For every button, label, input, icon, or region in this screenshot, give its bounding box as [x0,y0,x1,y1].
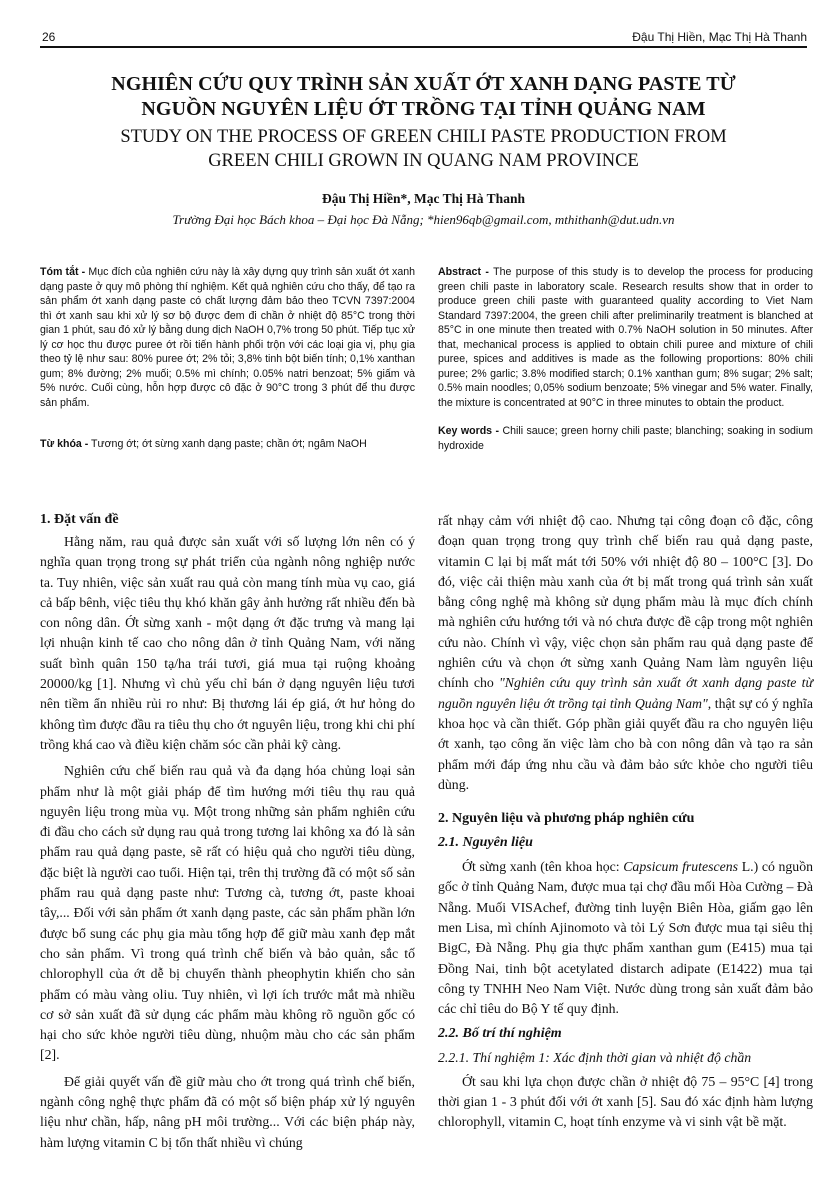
section-2-heading: 2. Nguyên liệu và phương pháp nghiên cứu [438,809,813,829]
paragraph-text: L.) có nguồn gốc ở tỉnh Quảng Nam, được … [438,859,813,1016]
paragraph: Ớt sau khi lựa chọn được chần ở nhiệt độ… [438,1072,813,1133]
paragraph-text: Ớt sừng xanh (tên khoa học: [462,859,623,874]
abstract-en-label: Abstract - [438,266,489,278]
abstract-vn-body: Tóm tắt - Mục đích của nghiên cứu này là… [40,265,415,410]
subsection-2-1-heading: 2.1. Nguyên liệu [438,833,813,853]
keywords-vn-text: Tương ớt; ớt sừng xanh dạng paste; chần … [88,438,367,450]
abstract-vn-text: Mục đích của nghiên cứu này là xây dựng … [40,266,415,409]
body-column-left: 1. Đặt vấn đề Hằng năm, rau quả được sản… [40,510,415,1153]
paragraph: Hằng năm, rau quả được sản xuất với số l… [40,532,415,755]
author-names: Đậu Thị Hiền*, Mạc Thị Hà Thanh [40,190,807,208]
paper-page: 26 Đậu Thị Hiền, Mạc Thị Hà Thanh NGHIÊN… [0,0,839,1186]
byline: Đậu Thị Hiền*, Mạc Thị Hà Thanh Trường Đ… [40,190,807,229]
species-name: Capsicum frutescens [623,859,738,874]
abstract-en-body: Abstract - The purpose of this study is … [438,265,813,410]
page-number: 26 [42,30,55,44]
running-header-authors: Đậu Thị Hiền, Mạc Thị Hà Thanh [632,30,807,44]
abstract-en-text: The purpose of this study is to develop … [438,266,813,409]
title-english-line-2: GREEN CHILI GROWN IN QUANG NAM PROVINCE [40,149,807,173]
paragraph: Nghiên cứu chế biến rau quả và đa dạng h… [40,761,415,1065]
paragraph: Để giải quyết vấn đề giữ màu cho ớt tron… [40,1072,415,1153]
body-column-right: rất nhạy cảm với nhiệt độ cao. Nhưng tại… [438,511,813,1132]
paragraph: Ớt sừng xanh (tên khoa học: Capsicum fru… [438,857,813,1019]
paragraph-text: rất nhạy cảm với nhiệt độ cao. Nhưng tại… [438,513,813,690]
keywords-english: Key words - Chili sauce; green horny chi… [438,424,813,453]
paper-title: NGHIÊN CỨU QUY TRÌNH SẢN XUẤT ỚT XANH DẠ… [40,72,807,173]
subsection-2-2-heading: 2.2. Bố trí thí nghiệm [438,1024,813,1044]
abstract-vn-label: Tóm tắt - [40,266,85,278]
paragraph: rất nhạy cảm với nhiệt độ cao. Nhưng tại… [438,511,813,795]
keywords-vn-label: Từ khóa - [40,438,88,450]
header-rule [40,46,807,48]
section-1-heading: 1. Đặt vấn đề [40,510,415,530]
author-affiliation: Trường Đại học Bách khoa – Đại học Đà Nẵ… [40,211,807,229]
abstract-english: Abstract - The purpose of this study is … [438,265,813,453]
title-vietnamese-line-1: NGHIÊN CỨU QUY TRÌNH SẢN XUẤT ỚT XANH DẠ… [40,72,807,97]
subsection-2-2-1-heading: 2.2.1. Thí nghiệm 1: Xác định thời gian … [438,1048,813,1068]
running-header: 26 Đậu Thị Hiền, Mạc Thị Hà Thanh [40,28,807,46]
keywords-vietnamese: Từ khóa - Tương ớt; ớt sừng xanh dạng pa… [40,437,415,452]
title-vietnamese-line-2: NGUỒN NGUYÊN LIỆU ỚT TRỒNG TẠI TỈNH QUẢN… [40,97,807,122]
abstract-vietnamese: Tóm tắt - Mục đích của nghiên cứu này là… [40,265,415,452]
keywords-en-label: Key words - [438,425,499,437]
title-english-line-1: STUDY ON THE PROCESS OF GREEN CHILI PAST… [40,125,807,149]
